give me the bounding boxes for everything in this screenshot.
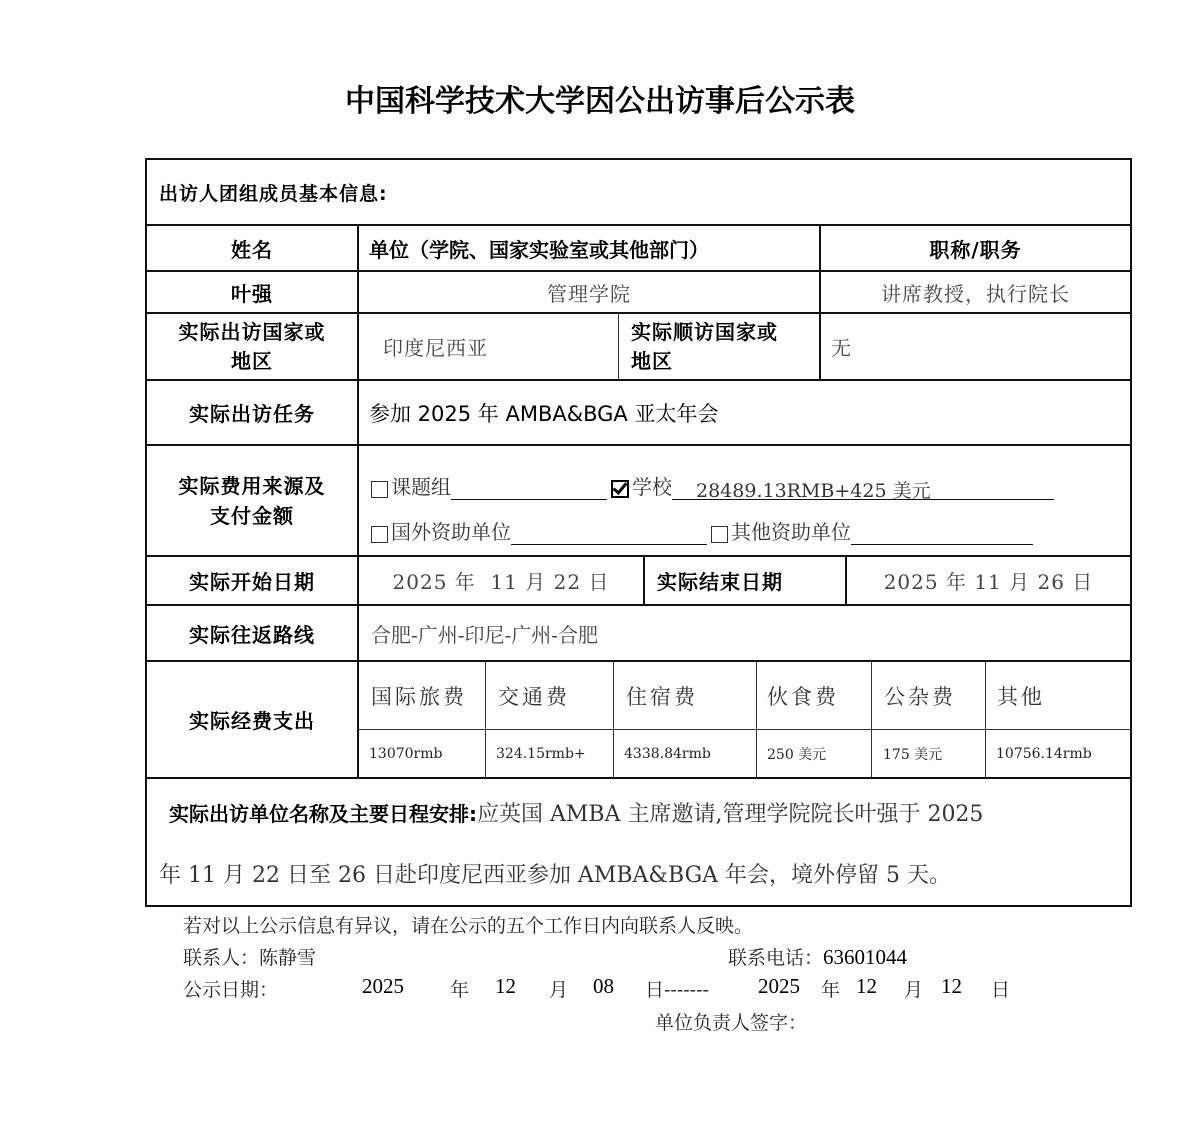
visit-country-text: 印度尼西亚 [383,332,488,361]
member-title-text: 讲席教授，执行院长 [881,278,1070,307]
transit-country-label-line2: 地区 [631,347,673,376]
members-section-heading: 出访人团组成员基本信息: [147,160,1130,224]
funding-label-line2: 支付金额 [210,501,294,531]
column-header-name: 姓名 [147,224,357,270]
publish-period: 公示日期： 2025 年 12 月 08 日------- 2025 年 12 … [183,975,1083,1005]
expense-header-transport: 交通费 [485,662,613,729]
task-text: 参加 2025 年 AMBA&BGA 亚太年会 [369,398,718,428]
contact-phone: 联系电话：63601044 [728,943,907,970]
funding-other-sponsor-label: 其他资助单位 [731,516,851,545]
expense-amount-text: 4338.84rmb [624,746,711,762]
route-value: 合肥-广州-印尼-广州-合肥 [357,604,1130,660]
expense-header-lodging: 住宿费 [613,662,756,729]
publish-end-year-unit: 年 [821,975,840,1002]
member-unit: 管理学院 [357,270,819,312]
expense-value-meals: 250 美元 [756,729,871,777]
funding-line-2: 国外资助单位 其他资助单位 [371,516,1033,545]
publish-start-day: 08 [593,974,614,999]
visit-country-value: 印度尼西亚 [357,312,618,379]
expense-value-misc: 175 美元 [871,729,985,777]
publish-end-year: 2025 [758,974,800,999]
checkbox-other-sponsor[interactable] [711,526,728,543]
column-header-unit: 单位（学院、国家实验室或其他部门） [357,224,819,270]
members-heading-text: 出访人团组成员基本信息: [159,179,388,206]
checkbox-project-group[interactable] [371,481,388,498]
funding-line-1: 课题组 学校 28489.13RMB+425 美元 [371,471,1054,500]
transit-country-value: 无 [819,312,1130,379]
objection-notice: 若对以上公示信息有异议，请在公示的五个工作日内向联系人反映。 [183,911,753,938]
publish-start-day-unit: 日------- [645,975,709,1002]
funding-foreign-sponsor-amount[interactable] [511,520,707,545]
expense-amount-text: 13070rmb [369,746,442,762]
task-value: 参加 2025 年 AMBA&BGA 亚太年会 [357,379,1130,444]
header-title-text: 职称/职务 [929,234,1021,263]
expense-amount-text: 324.15rmb+ [496,746,586,762]
publish-start-year-unit: 年 [450,975,469,1002]
visit-country-label-line2: 地区 [231,347,273,376]
schedule-line-2: 年 11 月 22 日至 26 日赴印度尼西亚参加 AMBA&BGA 年会，境外… [159,858,951,889]
member-name: 叶强 [147,270,357,312]
header-unit-text: 单位（学院、国家实验室或其他部门） [369,234,709,263]
contact-name: 陈静雪 [259,947,316,969]
contact-label: 联系人： [183,947,259,969]
funding-foreign-sponsor-label: 国外资助单位 [391,516,511,545]
funding-options: 课题组 学校 28489.13RMB+425 美元 国外资助单位 其他资助单位 [357,444,1130,555]
funding-project-group-label: 课题组 [391,471,451,500]
start-date-label-text: 实际开始日期 [189,566,315,595]
column-header-title: 职称/职务 [819,224,1130,270]
end-date-label-text: 实际结束日期 [657,566,783,595]
expenses-label: 实际经费支出 [147,660,357,777]
start-date-label: 实际开始日期 [147,555,357,604]
task-label-text: 实际出访任务 [189,398,315,427]
member-title: 讲席教授，执行院长 [819,270,1130,312]
expense-category-text: 伙食费 [767,681,839,711]
schedule-label: 实际出访单位名称及主要日程安排: [169,802,477,826]
expense-amount-text: 10756.14rmb [996,746,1092,762]
funding-label-line1: 实际费用来源及 [179,471,326,501]
end-date-text: 2025 年 11 月 26 日 [884,566,1094,595]
route-label-text: 实际往返路线 [189,619,315,648]
member-unit-text: 管理学院 [547,278,631,307]
funding-school-label: 学校 [632,471,672,500]
end-date-label: 实际结束日期 [643,555,845,604]
expenses-label-text: 实际经费支出 [189,705,315,734]
publish-end-month-unit: 月 [904,975,923,1002]
signature-label: 单位负责人签字： [655,1008,807,1035]
member-name-text: 叶强 [231,278,273,307]
phone-number: 63601044 [823,945,907,969]
route-text: 合肥-广州-印尼-广州-合肥 [371,619,598,648]
expense-amount-text: 250 美元 [767,744,826,764]
route-label: 实际往返路线 [147,604,357,660]
schedule-text-line2: 年 11 月 22 日至 26 日赴印度尼西亚参加 AMBA&BGA 年会，境外… [159,863,951,888]
funding-label: 实际费用来源及 支付金额 [147,444,357,555]
header-name-text: 姓名 [231,234,273,263]
expense-header-meals: 伙食费 [756,662,871,729]
publish-end-day: 12 [941,974,962,999]
end-date-value: 2025 年 11 月 26 日 [845,555,1130,604]
funding-school-amount[interactable]: 28489.13RMB+425 美元 [672,476,1054,500]
expense-amount-text: 175 美元 [883,744,942,764]
checkbox-school[interactable] [611,480,629,498]
transit-country-label-line1: 实际顺访国家或 [631,318,778,347]
disclosure-form: 出访人团组成员基本信息: 姓名 单位（学院、国家实验室或其他部门） 职称/职务 … [145,158,1132,907]
expense-value-other: 10756.14rmb [985,729,1132,777]
schedule-text-line1: 应英国 AMBA 主席邀请,管理学院院长叶强于 2025 [477,802,983,827]
expenses-grid: 国际旅费 交通费 住宿费 伙食费 公杂费 其他 13070rmb 324.15r… [357,660,1130,777]
task-label: 实际出访任务 [147,379,357,444]
expense-value-intl-travel: 13070rmb [359,729,485,777]
checkbox-foreign-sponsor[interactable] [371,526,388,543]
expense-header-other: 其他 [985,662,1132,729]
publish-end-day-unit: 日 [991,975,1010,1002]
publish-end-month: 12 [856,974,877,999]
expense-category-text: 国际旅费 [371,681,467,711]
schedule-section: 实际出访单位名称及主要日程安排:应英国 AMBA 主席邀请,管理学院院长叶强于 … [147,777,1130,905]
contact-person: 联系人：陈静雪 [183,943,316,970]
expense-header-misc: 公杂费 [871,662,985,729]
document-title: 中国科学技术大学因公出访事后公示表 [0,76,1200,120]
visit-country-label-line1: 实际出访国家或 [179,318,326,347]
funding-project-group-amount[interactable] [451,475,607,500]
expense-value-transport: 324.15rmb+ [485,729,613,777]
publish-start-year: 2025 [362,974,404,999]
schedule-line-1: 实际出访单位名称及主要日程安排:应英国 AMBA 主席邀请,管理学院院长叶强于 … [169,797,983,828]
expense-category-text: 其他 [997,681,1045,711]
expense-category-text: 公杂费 [884,681,956,711]
expense-category-text: 交通费 [498,681,570,711]
publish-label: 公示日期： [183,975,278,1002]
funding-other-sponsor-amount[interactable] [851,520,1033,545]
expense-header-intl-travel: 国际旅费 [359,662,485,729]
transit-country-label: 实际顺访国家或 地区 [618,312,819,379]
publish-start-month-unit: 月 [549,975,568,1002]
publish-start-month: 12 [495,974,516,999]
transit-country-text: 无 [831,332,852,361]
start-date-text: 2025 年 11 月 22 日 [393,566,610,595]
phone-label: 联系电话： [728,947,823,969]
visit-country-label: 实际出访国家或 地区 [147,312,357,379]
start-date-value: 2025 年 11 月 22 日 [357,555,643,604]
expense-value-lodging: 4338.84rmb [613,729,756,777]
expense-category-text: 住宿费 [626,681,698,711]
